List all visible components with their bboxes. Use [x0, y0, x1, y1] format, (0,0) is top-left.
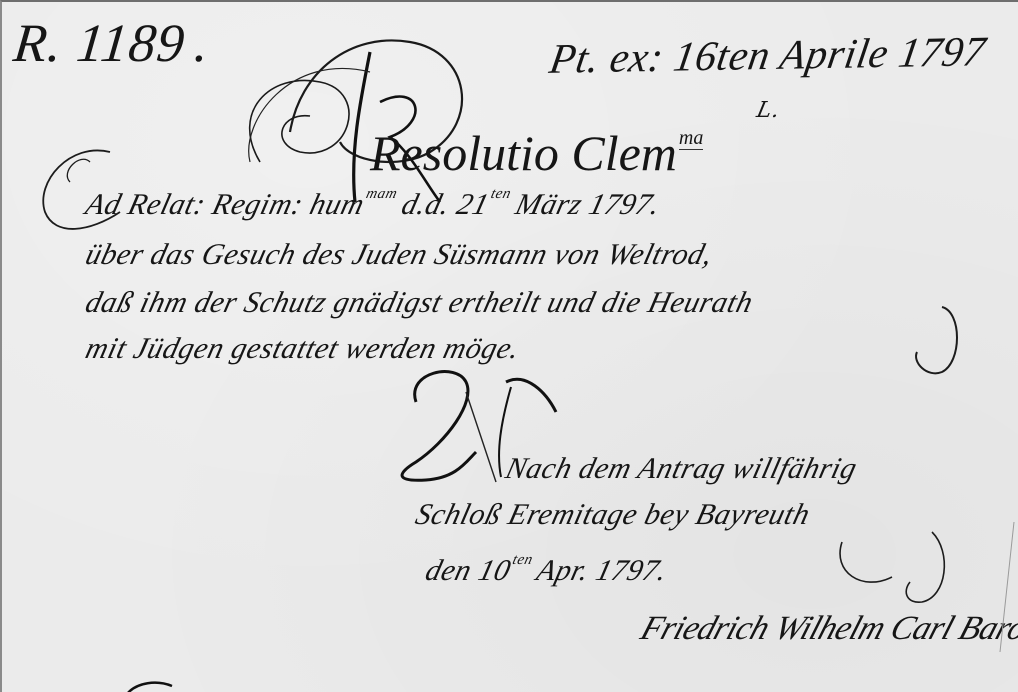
- body-line-1-part-3: März 1797.: [504, 188, 664, 221]
- body-line-3: daß ihm der Schutz gnädigst ertheilt und…: [82, 286, 756, 320]
- descender-flourish-icon: [902, 302, 972, 382]
- body-line-2: über das Gesuch des Juden Süsmann von We…: [82, 238, 716, 272]
- resolution-line-2: Schloß Eremitage bey Bayreuth: [412, 498, 813, 532]
- page-edge-mark-icon: [996, 522, 1016, 652]
- body-line-4: mit Jüdgen gestattet werden möge.: [82, 332, 523, 366]
- resolution-line-3: den 10ten Apr. 1797.: [422, 552, 671, 588]
- resolution-line-3-part-2: Apr. 1797.: [526, 554, 671, 587]
- signature: Friedrich Wilhelm Carl Baron: [636, 610, 1018, 648]
- flourish-capital-r-icon: [230, 12, 490, 212]
- document-title: Resolutio Clemma: [370, 124, 703, 182]
- resolution-line-3-part-1: den 10: [422, 554, 514, 587]
- date-annotation: Pt. ex: 16ten Aprile 1797: [546, 28, 989, 84]
- resolution-line-1: Nach dem Antrag willfährig: [502, 452, 860, 486]
- body-line-1-part-2: d.d. 21: [390, 188, 492, 221]
- cutoff-stroke-icon: [122, 678, 182, 692]
- resolution-descender-flourish-icon: [822, 502, 982, 612]
- title-text: Resolutio Clem: [370, 125, 677, 181]
- body-line-1-sup-1: mam: [364, 186, 399, 202]
- document-page: R. 1189. Pt. ex: 16ten Aprile 1797 L. Re…: [0, 0, 1018, 692]
- title-superscript: ma: [679, 127, 703, 150]
- reference-number: R. 1189.: [11, 12, 213, 74]
- reference-dot: .: [192, 13, 213, 73]
- body-line-1: Ad Relat: Regim: hummam d.d. 21ten März …: [82, 186, 664, 222]
- reference-number-text: R. 1189: [11, 13, 188, 73]
- body-line-1-part-1: Ad Relat: Regim: hum: [82, 188, 368, 221]
- date-mark: L.: [754, 98, 782, 123]
